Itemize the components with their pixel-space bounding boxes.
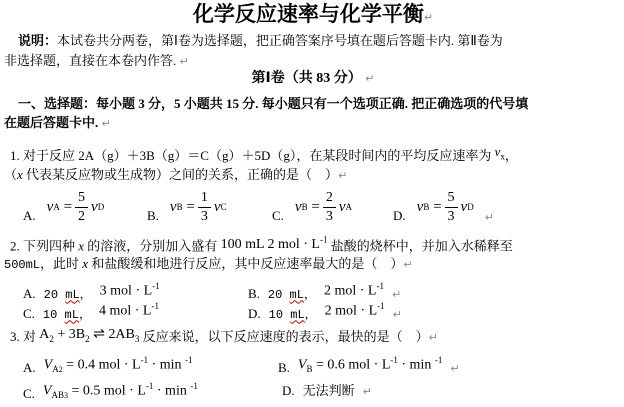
option-rate-formula: VA2 = 0.4 mol · L-1 · min -1 — [44, 351, 193, 379]
q1-option-a: A. vA =52vD — [23, 184, 104, 224]
page-title: 化学反应速率与化学平衡 — [193, 2, 424, 26]
q1-option-b: B. vB =13vC — [147, 184, 227, 224]
intro-text-1: 本试卷共分两卷，第Ⅰ卷为选择题，把正确答案序号填在题后答题卡内. 第Ⅱ卷为 — [57, 33, 503, 48]
question-2-stem-line-2: 500mL，此时 x 和盐酸缓和地进行反应，其中反应速率最大的是（ ）↵ — [4, 254, 622, 275]
section-note-1: 一、选择题：每小题 3 分，5 小题共 15 分. 每小题只有一个选项正确. 把… — [18, 96, 528, 111]
q1-rate-symbol: vx — [495, 144, 505, 159]
q1-option-c: C. vB =23vA — [272, 184, 352, 224]
option-volume: 10 mL， — [269, 306, 317, 324]
paragraph-mark: ↵ — [393, 306, 402, 324]
fraction: 53 — [445, 190, 458, 224]
section-note-line-2: 在题后答题卡中. ↵ — [4, 113, 622, 133]
paragraph-mark: ↵ — [338, 169, 347, 182]
q3-stem-text-1: 3. 对 — [10, 329, 39, 344]
option-label: A. — [23, 208, 36, 224]
q2-stem-text-2: 的溶液，分别加入盛有 — [84, 239, 221, 254]
option-label: C. — [23, 385, 35, 403]
q2-stem-text-4: ，此时 — [40, 256, 82, 271]
intro-text-2: 非选择题，直接在本卷内作答. — [4, 53, 180, 68]
option-concentration: 2 mol · L-1 — [325, 297, 385, 321]
fraction: 23 — [323, 190, 336, 224]
q2-option-d: D. 10 mL， 2 mol · L-1 ↵ — [248, 300, 402, 324]
spellcheck-underlined-unit: mL — [290, 308, 304, 322]
fraction: 52 — [75, 190, 88, 224]
paragraph-mark: ↵ — [363, 383, 372, 401]
q1-stem-comma: ， — [505, 148, 518, 163]
option-formula: vB =13vC — [170, 190, 227, 224]
option-formula: vB =53vD — [417, 190, 474, 224]
q2-hcl-concentration: 100 mL 2 mol · L-1 — [221, 237, 328, 252]
paragraph-mark: ↵ — [180, 55, 189, 68]
option-label: C. — [272, 208, 284, 224]
option-label: D. — [393, 208, 406, 224]
spellcheck-underlined-unit: mL — [65, 308, 79, 322]
paragraph-mark: ↵ — [485, 211, 494, 224]
option-label: A. — [23, 359, 36, 377]
option-formula: vA =52vD — [47, 190, 105, 224]
paragraph-mark: ↵ — [102, 117, 111, 130]
question-3-stem-line: 3. 对 A2 + 3B2 ⇌ 2AB3 反应来说，以下反应速度的表示，最快的是… — [4, 327, 622, 352]
paragraph-mark: ↵ — [403, 258, 412, 271]
q3-reaction-equation: A2 + 3B2 ⇌ 2AB3 — [39, 327, 139, 342]
option-text: 无法判断 — [303, 382, 355, 400]
option-label: B. — [147, 208, 159, 224]
q1-stem-text-1: 1. 对于反应 2A（g）＋3B（g）＝C（g）＋5D（g），在某段时间内的平均… — [10, 148, 495, 163]
q3-option-b: B. VB = 0.6 mol · L-1 · min -1 ↵ — [278, 354, 460, 382]
q3-stem-text-2: 反应来说，以下反应速度的表示，最快的是（ ） — [139, 329, 428, 344]
q2-stem-text-3: 盐酸的烧杯中，并加入水稀释至 — [327, 239, 512, 254]
q3-option-c: C. VAB3 = 0.5 mol · L-1 · min -1 — [23, 380, 198, 407]
option-rate-formula: VB = 0.6 mol · L-1 · min -1 — [298, 351, 442, 379]
paragraph-mark: ↵ — [450, 360, 459, 378]
q2-volume-500ml: 500mL — [4, 258, 40, 272]
q3-option-d: D. 无法判断 ↵ — [282, 382, 372, 401]
document-title-line: 化学反应速率与化学平衡↵ — [4, 1, 622, 31]
option-label: D. — [282, 382, 295, 400]
intro-line-2: 非选择题，直接在本卷内作答. ↵ — [4, 51, 622, 71]
option-formula: vB =23vA — [295, 190, 352, 224]
paragraph-mark: ↵ — [424, 11, 433, 24]
q1-stem-text-2: （ — [4, 167, 17, 182]
q2-stem-text-5: 和盐酸缓和地进行反应，其中反应速率最大的是（ ） — [88, 256, 403, 271]
q1-stem-text-3: 代表某反应物或生成物）之间的关系，正确的是（ ） — [23, 167, 338, 182]
option-concentration: 4 mol · L-1 — [99, 297, 159, 321]
paragraph-mark: ↵ — [429, 331, 438, 344]
q1-option-d: D. vB =53vD ↵ — [393, 184, 494, 224]
section-heading: 第Ⅰ卷（共 83 分） — [252, 71, 362, 86]
section-note-2: 在题后答题卡中. — [4, 115, 102, 130]
fraction: 13 — [198, 190, 211, 224]
option-label: D. — [248, 305, 261, 323]
q2-stem-text-1: 2. 下列四种 — [10, 239, 78, 254]
question-1-stem-line-2: （x 代表某反应物或生成物）之间的关系，正确的是（ ）↵ — [4, 165, 622, 185]
option-volume: 10 mL， — [43, 306, 91, 324]
option-rate-formula: VAB3 = 0.5 mol · L-1 · min -1 — [43, 377, 198, 405]
option-label: C. — [23, 305, 35, 323]
q2-option-c: C. 10 mL， 4 mol · L-1 — [23, 300, 159, 324]
intro-label: 说明： — [18, 33, 57, 48]
section-note-line-1: 一、选择题：每小题 3 分，5 小题共 15 分. 每小题只有一个选项正确. 把… — [4, 94, 622, 113]
exam-document-page: 化学反应速率与化学平衡↵ 说明：本试卷共分两卷，第Ⅰ卷为选择题，把正确答案序号填… — [0, 0, 624, 407]
option-label: B. — [278, 359, 290, 377]
paragraph-mark: ↵ — [365, 72, 374, 85]
intro-line-1: 说明：本试卷共分两卷，第Ⅰ卷为选择题，把正确答案序号填在题后答题卡内. 第Ⅱ卷为 — [4, 31, 622, 50]
section-heading-line: 第Ⅰ卷（共 83 分） ↵ — [4, 69, 622, 88]
